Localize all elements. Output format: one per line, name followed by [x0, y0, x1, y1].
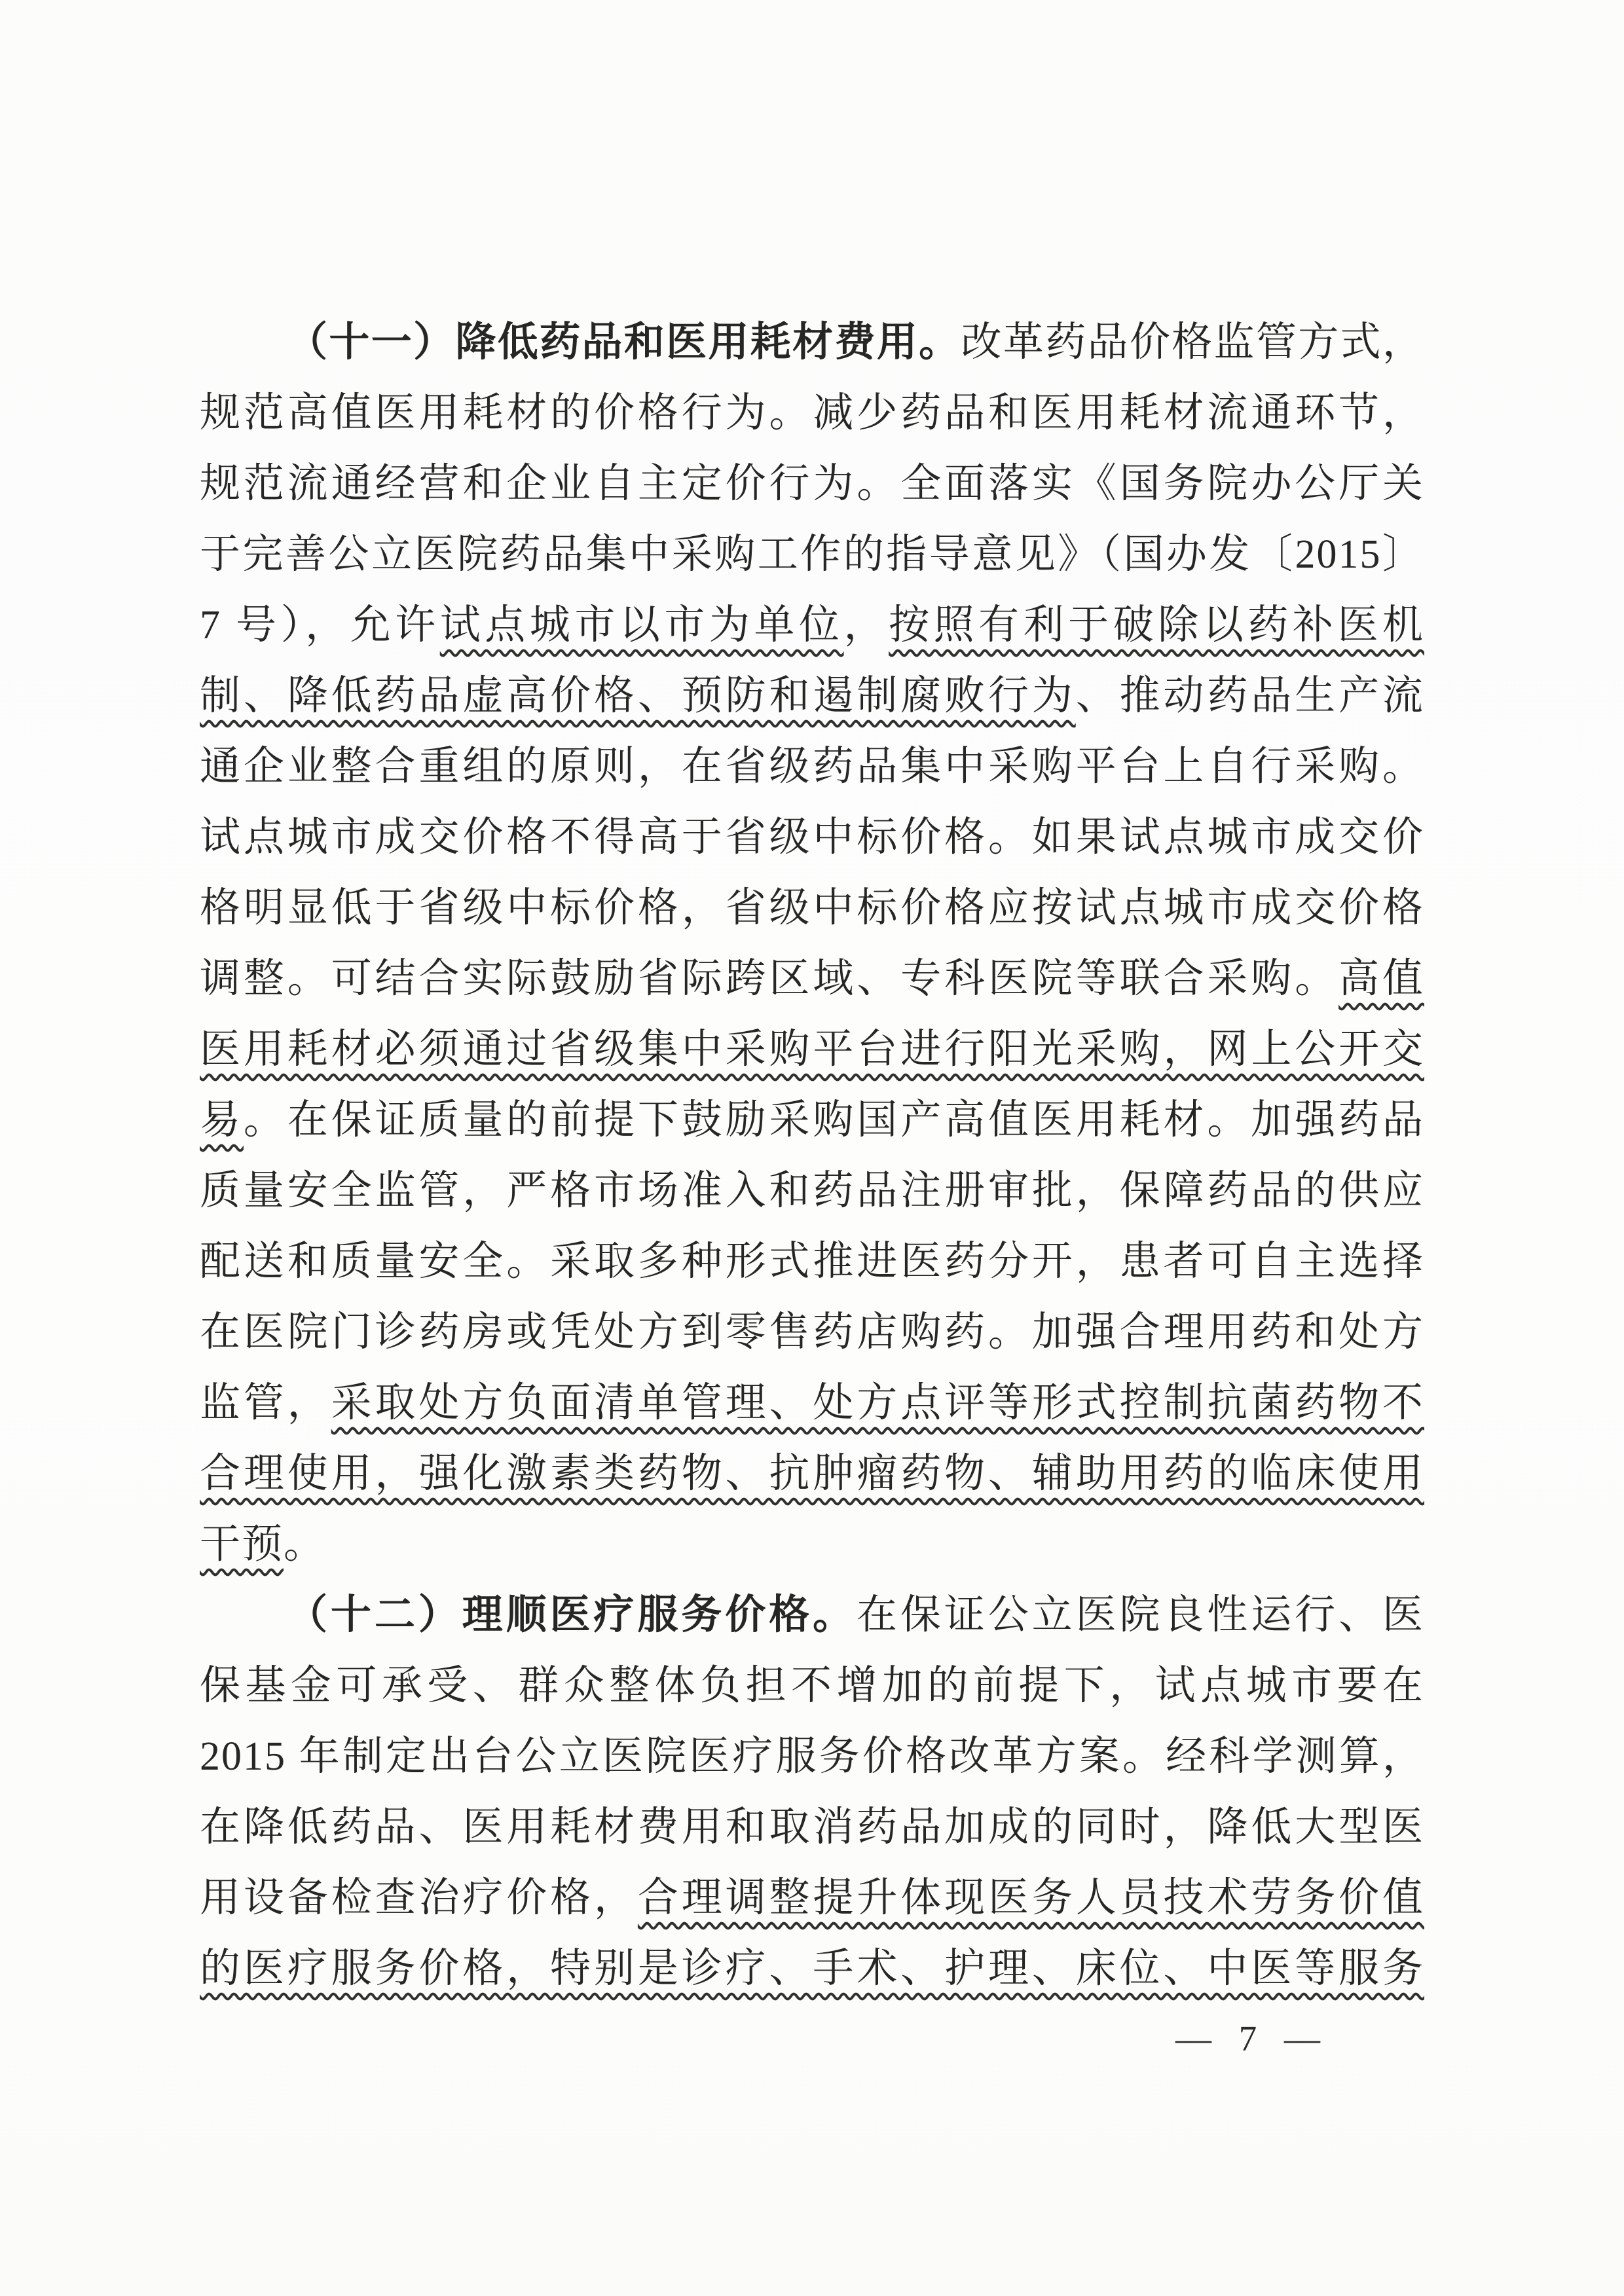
text-line: 监管，采取处方负面清单管理、处方点评等形式控制抗菌药物不 [200, 1368, 1424, 1438]
text-line: 规范高值医用耗材的价格行为。减少药品和医用耗材流通环节， [200, 378, 1424, 448]
text-segment: 通企业整合重组的原则，在省级药品集中采购平台上自行采购。 [200, 744, 1424, 789]
underlined-text-segment: 试点城市以市为单位 [440, 603, 844, 647]
underlined-text-segment: 按照有利于破除以药补医机 [889, 603, 1424, 647]
text-segment: ， [844, 603, 889, 647]
text-segment: 在降低药品、医用耗材费用和取消药品加成的同时，降低大型医 [200, 1805, 1424, 1850]
text-segment: 配送和质量安全。采取多种形式推进医药分开，患者可自主选择 [200, 1239, 1424, 1284]
page: （十一）降低药品和医用耗材费用。改革药品价格监管方式，规范高值医用耗材的价格行为… [0, 0, 1624, 2296]
text-segment: 格明显低于省级中标价格，省级中标价格应按试点城市成交价格 [200, 886, 1424, 930]
text-line: 调整。可结合实际鼓励省际跨区域、专科医院等联合采购。高值 [200, 943, 1424, 1014]
text-segment: 规范高值医用耗材的价格行为。减少药品和医用耗材流通环节， [200, 391, 1424, 435]
text-segment: 保基金可承受、群众整体负担不增加的前提下，试点城市要在 [200, 1664, 1424, 1708]
text-line: 通企业整合重组的原则，在省级药品集中采购平台上自行采购。 [200, 731, 1424, 802]
text-line: 7 号），允许试点城市以市为单位，按照有利于破除以药补医机 [200, 590, 1424, 661]
text-line: 规范流通经营和企业自主定价行为。全面落实《国务院办公厅关 [200, 448, 1424, 519]
text-line: 用设备检查治疗价格，合理调整提升体现医务人员技术劳务价值 [200, 1863, 1424, 1933]
underlined-text-segment: 合理使用，强化激素类药物、抗肿瘤药物、辅助用药的临床使用 [200, 1451, 1424, 1496]
text-line: 格明显低于省级中标价格，省级中标价格应按试点城市成交价格 [200, 873, 1424, 943]
text-segment: （十二）理顺医疗服务价格。 [287, 1593, 857, 1637]
underlined-text-segment: 易 [200, 1098, 244, 1142]
text-line: 2015 年制定出台公立医院医疗服务价格改革方案。经科学测算， [200, 1721, 1424, 1792]
underlined-text-segment: 的医疗服务价格，特别是诊疗、手术、护理、床位、中医等服务 [200, 1946, 1424, 1991]
text-line: （十一）降低药品和医用耗材费用。改革药品价格监管方式， [200, 307, 1424, 378]
text-line: 制、降低药品虚高价格、预防和遏制腐败行为、推动药品生产流 [200, 661, 1424, 731]
text-segment: 。在保证质量的前提下鼓励采购国产高值医用耗材。加强药品 [244, 1098, 1424, 1142]
text-segment: 。 [284, 1522, 325, 1567]
text-line: 干预。 [200, 1509, 1424, 1580]
text-line: 保基金可承受、群众整体负担不增加的前提下，试点城市要在 [200, 1650, 1424, 1721]
text-segment: 在医院门诊药房或凭处方到零售药店购药。加强合理用药和处方 [200, 1310, 1424, 1355]
text-segment: 试点城市成交价格不得高于省级中标价格。如果试点城市成交价 [200, 815, 1424, 860]
text-line: 在降低药品、医用耗材费用和取消药品加成的同时，降低大型医 [200, 1792, 1424, 1863]
text-segment: 用设备检查治疗价格， [200, 1876, 638, 1920]
text-segment: （十一）降低药品和医用耗材费用。 [287, 320, 961, 365]
text-segment: 于完善公立医院药品集中采购工作的指导意见》（国办发〔2015〕 [200, 532, 1424, 577]
text-segment: 改革药品价格监管方式， [961, 320, 1424, 365]
text-line: 质量安全监管，严格市场准入和药品注册审批，保障药品的供应 [200, 1156, 1424, 1226]
underlined-text-segment: 采取处方负面清单管理、处方点评等形式控制抗菌药物不 [331, 1381, 1424, 1425]
text-segment: 调整。可结合实际鼓励省际跨区域、专科医院等联合采购。 [200, 957, 1338, 1001]
underlined-text-segment: 高值 [1338, 957, 1424, 1001]
page-number: — 7 — [1175, 2018, 1329, 2059]
text-line: 试点城市成交价格不得高于省级中标价格。如果试点城市成交价 [200, 802, 1424, 873]
text-segment: 、推动药品生产流 [1076, 674, 1424, 718]
text-line: （十二）理顺医疗服务价格。在保证公立医院良性运行、医 [200, 1580, 1424, 1650]
text-line: 医用耗材必须通过省级集中采购平台进行阳光采购，网上公开交 [200, 1014, 1424, 1085]
text-segment: 在保证公立医院良性运行、医 [857, 1593, 1424, 1637]
underlined-text-segment: 干预 [200, 1522, 284, 1567]
text-segment: 质量安全监管，严格市场准入和药品注册审批，保障药品的供应 [200, 1169, 1424, 1213]
text-line: 配送和质量安全。采取多种形式推进医药分开，患者可自主选择 [200, 1226, 1424, 1297]
text-segment: 规范流通经营和企业自主定价行为。全面落实《国务院办公厅关 [200, 462, 1424, 506]
text-line: 易。在保证质量的前提下鼓励采购国产高值医用耗材。加强药品 [200, 1085, 1424, 1156]
underlined-text-segment: 医用耗材必须通过省级集中采购平台进行阳光采购，网上公开交 [200, 1027, 1424, 1072]
document-text-block: （十一）降低药品和医用耗材费用。改革药品价格监管方式，规范高值医用耗材的价格行为… [200, 307, 1424, 2004]
text-line: 合理使用，强化激素类药物、抗肿瘤药物、辅助用药的临床使用 [200, 1438, 1424, 1509]
underlined-text-segment: 合理调整提升体现医务人员技术劳务价值 [638, 1876, 1424, 1920]
text-line: 的医疗服务价格，特别是诊疗、手术、护理、床位、中医等服务 [200, 1933, 1424, 2004]
text-segment: 7 号），允许 [200, 603, 440, 647]
text-segment: 监管， [200, 1381, 331, 1425]
underlined-text-segment: 制、降低药品虚高价格、预防和遏制腐败行为 [200, 674, 1076, 718]
text-line: 于完善公立医院药品集中采购工作的指导意见》（国办发〔2015〕 [200, 519, 1424, 590]
text-segment: 2015 年制定出台公立医院医疗服务价格改革方案。经科学测算， [200, 1734, 1424, 1779]
text-line: 在医院门诊药房或凭处方到零售药店购药。加强合理用药和处方 [200, 1297, 1424, 1368]
